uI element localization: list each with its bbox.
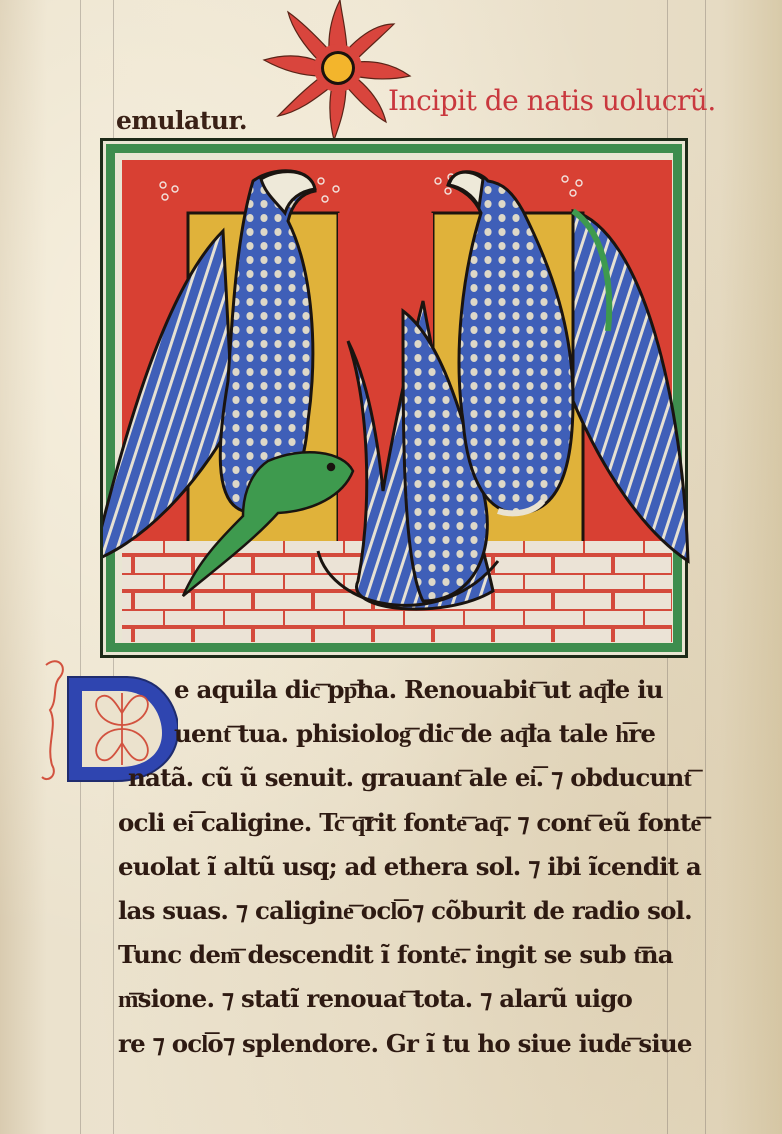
chapter-rubric: Incipit de natis uolucrũ. [388, 84, 716, 117]
ruling-line-right-outer [705, 0, 706, 1134]
miniature-illustration [103, 141, 691, 661]
text-line: e aquila dic͞ pp͞ha. Renouabit͞ ut aq͞le… [118, 668, 698, 712]
text-line: natã. cũ ũ senuit. grauant͞ ale ei͞. ⁊ o… [118, 756, 698, 800]
text-line: ocli ei͞ caligine. Tc͞ q͞rit fonte͞ aq͞.… [118, 801, 698, 845]
text-line: las suas. ⁊ caligine͞ ocl͞o⁊ cõburit de … [118, 889, 698, 933]
text-line: euolat ĩ altũ usq; ad ethera sol. ⁊ ibi … [118, 845, 698, 889]
sun-icon [258, 0, 418, 142]
text-line: m͞sione. ⁊ statĩ renouat͞ tota. ⁊ alarũ … [118, 977, 698, 1021]
eagle-miniature [100, 138, 688, 658]
ruling-line-left-outer [80, 0, 81, 1134]
catchword: emulatur. [116, 106, 247, 135]
text-line: Tunc dem͞ descendit ĩ fonte͞. ingit se s… [118, 933, 698, 977]
text-line: uent͞ tua. phisiolog͞ dic͞ de aq͞la tale… [118, 712, 698, 756]
body-text: e aquila dic͞ pp͞ha. Renouabit͞ ut aq͞le… [118, 668, 698, 1066]
text-line: re ⁊ ocl͞o⁊ splendore. Gr ĩ tu ho siue i… [118, 1022, 698, 1066]
